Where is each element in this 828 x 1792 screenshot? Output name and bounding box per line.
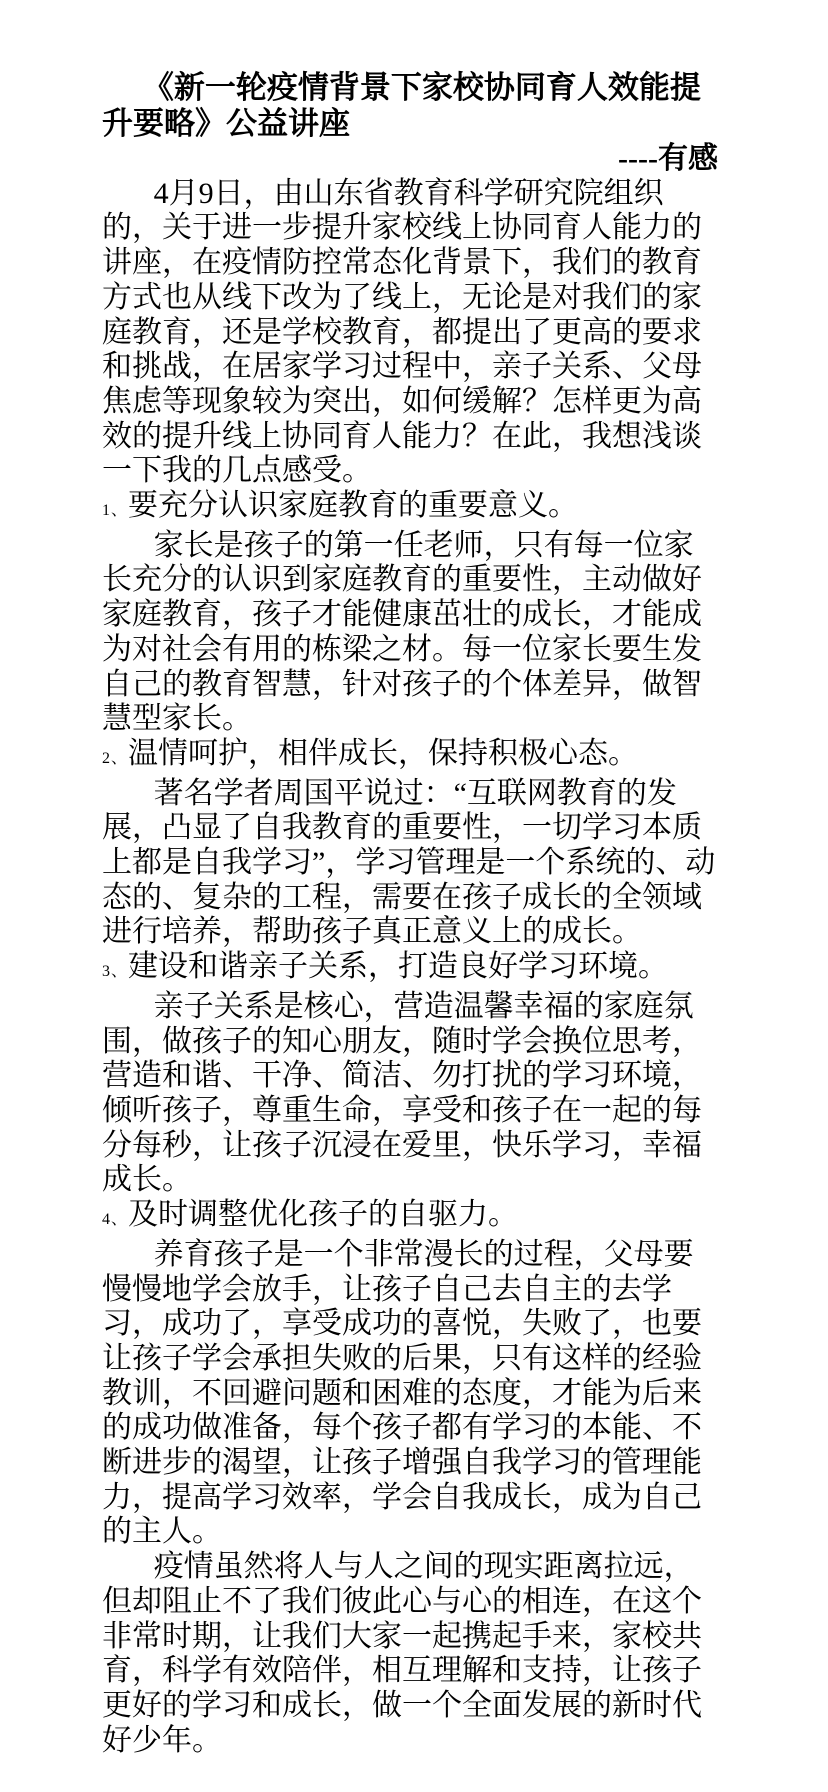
document-title: 《新一轮疫情背景下家校协同育人效能提升要略》公益讲座 (102, 70, 718, 142)
list-number: 1、 (102, 502, 128, 519)
document-byline: ----有感 (102, 142, 718, 177)
paragraph: 著名学者周国平说过：“互联网教育的发展，凸显了自我教育的重要性，一切学习本质上都… (102, 777, 718, 951)
paragraph: 疫情虽然将人与人之间的现实距离拉远，但却阻止不了我们彼此心与心的相连，在这个非常… (102, 1550, 718, 1758)
paragraph: 4月9日，由山东省教育科学研究院组织的，关于进一步提升家校线上协同育人能力的讲座… (102, 177, 718, 489)
paragraph: 养育孩子是一个非常漫长的过程，父母要慢慢地学会放手，让孩子自己去自主的去学习，成… (102, 1238, 718, 1550)
paragraph: 亲子关系是核心，营造温馨幸福的家庭氛围，做孩子的知心朋友，随时学会换位思考，营造… (102, 990, 718, 1198)
section-heading-text: 建设和谐亲子关系，打造良好学习环境。 (128, 950, 668, 983)
document-body: 4月9日，由山东省教育科学研究院组织的，关于进一步提升家校线上协同育人能力的讲座… (102, 177, 718, 1759)
list-number: 3、 (102, 963, 128, 980)
list-number: 4、 (102, 1211, 128, 1228)
section-heading-4: 4、及时调整优化孩子的自驱力。 (102, 1198, 718, 1238)
section-heading-text: 及时调整优化孩子的自驱力。 (128, 1198, 518, 1231)
section-heading-3: 3、建设和谐亲子关系，打造良好学习环境。 (102, 950, 718, 990)
section-heading-text: 要充分认识家庭教育的重要意义。 (128, 489, 578, 522)
document-page: 《新一轮疫情背景下家校协同育人效能提升要略》公益讲座 ----有感 4月9日，由… (0, 0, 828, 1792)
section-heading-text: 温情呵护，相伴成长，保持积极心态。 (128, 737, 638, 770)
section-heading-1: 1、要充分认识家庭教育的重要意义。 (102, 489, 718, 529)
list-number: 2、 (102, 750, 128, 767)
paragraph: 家长是孩子的第一任老师，只有每一位家长充分的认识到家庭教育的重要性，主动做好家庭… (102, 529, 718, 737)
section-heading-2: 2、温情呵护，相伴成长，保持积极心态。 (102, 737, 718, 777)
